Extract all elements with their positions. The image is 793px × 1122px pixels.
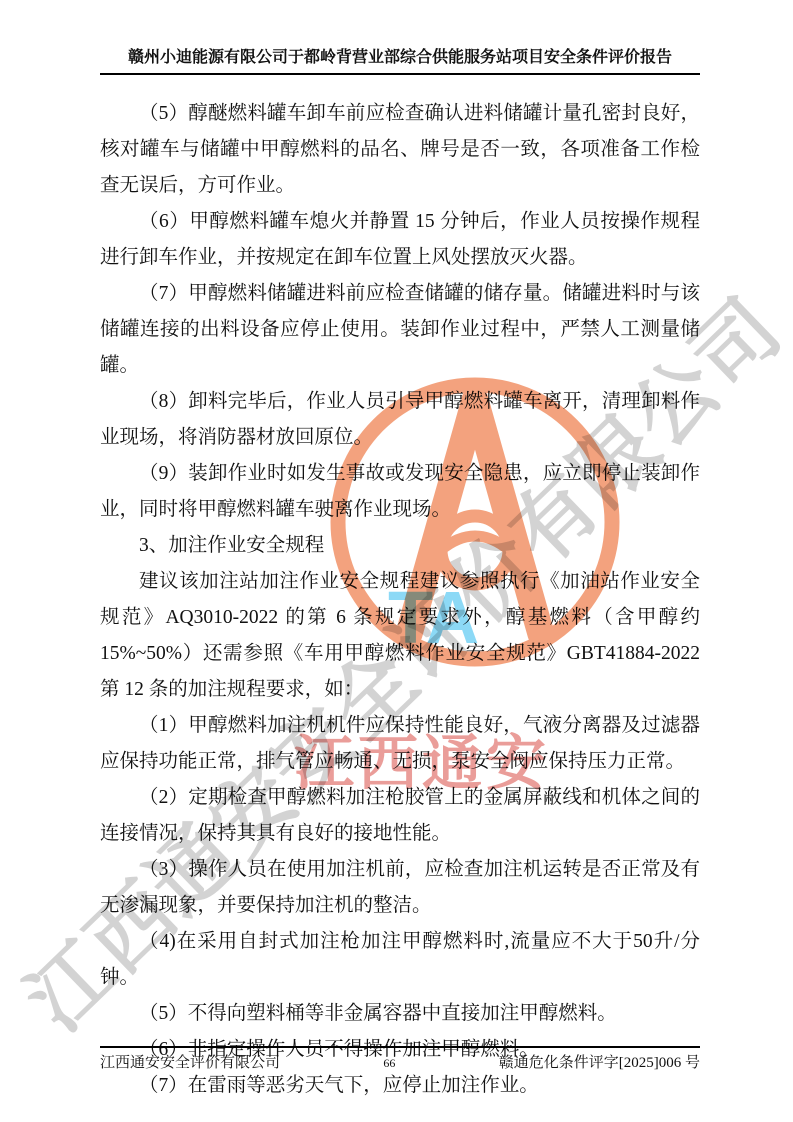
report-header: 赣州小迪能源有限公司于都岭背营业部综合供能服务站项目安全条件评价报告 bbox=[100, 48, 700, 75]
paragraph: （8）卸料完毕后，作业人员引导甲醇燃料罐车离开，清理卸料作业现场，将消防器材放回… bbox=[100, 384, 700, 456]
paragraph: （2）定期检查甲醇燃料加注枪胶管上的金属屏蔽线和机体之间的连接情况，保持其具有良… bbox=[100, 780, 700, 852]
report-page: 赣州小迪能源有限公司于都岭背营业部综合供能服务站项目安全条件评价报告 （5）醇醚… bbox=[0, 0, 793, 1122]
paragraph: （7）在雷雨等恶劣天气下，应停止加注作业。 bbox=[100, 1068, 700, 1104]
document-body: （5）醇醚燃料罐车卸车前应检查确认进料储罐计量孔密封良好，核对罐车与储罐中甲醇燃… bbox=[100, 96, 700, 1104]
paragraph: （3）操作人员在使用加注机前，应检查加注机运转是否正常及有无渗漏现象，并要保持加… bbox=[100, 852, 700, 924]
paragraph: （4)在采用自封式加注枪加注甲醇燃料时,流量应不大于50升/分钟。 bbox=[100, 924, 700, 996]
paragraph: （5）醇醚燃料罐车卸车前应检查确认进料储罐计量孔密封良好，核对罐车与储罐中甲醇燃… bbox=[100, 96, 700, 204]
paragraph: 建议该加注站加注作业安全规程建议参照执行《加油站作业安全规范》AQ3010-20… bbox=[100, 564, 700, 708]
page-title: 赣州小迪能源有限公司于都岭背营业部综合供能服务站项目安全条件评价报告 bbox=[128, 49, 672, 66]
section-heading: 3、加注作业安全规程 bbox=[100, 528, 700, 564]
footer-doc-number: 赣通危化条件评字[2025]006 号 bbox=[499, 1051, 700, 1072]
footer-company: 江西通安安全评价有限公司 bbox=[100, 1051, 280, 1072]
paragraph: （9）装卸作业时如发生事故或发现安全隐患，应立即停止装卸作业，同时将甲醇燃料罐车… bbox=[100, 456, 700, 528]
report-footer: 江西通安安全评价有限公司 66 赣通危化条件评字[2025]006 号 bbox=[100, 1046, 700, 1072]
paragraph: （7）甲醇燃料储罐进料前应检查储罐的储存量。储罐进料时与该储罐连接的出料设备应停… bbox=[100, 276, 700, 384]
paragraph: （5）不得向塑料桶等非金属容器中直接加注甲醇燃料。 bbox=[100, 996, 700, 1032]
paragraph: （1）甲醇燃料加注机机件应保持性能良好，气液分离器及过滤器应保持功能正常，排气管… bbox=[100, 708, 700, 780]
footer-page-number: 66 bbox=[383, 1056, 395, 1071]
paragraph: （6）甲醇燃料罐车熄火并静置 15 分钟后，作业人员按操作规程进行卸车作业，并按… bbox=[100, 204, 700, 276]
